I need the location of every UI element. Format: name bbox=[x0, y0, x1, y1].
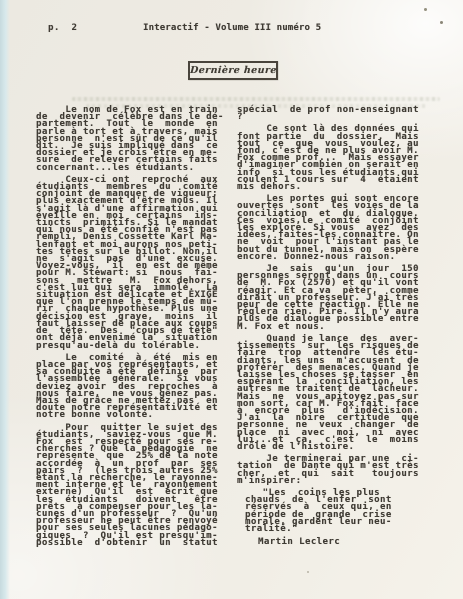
bleedthrough-smudge bbox=[72, 97, 440, 101]
scanned-page: p. 2 Interactif - Volume III numéro 5 De… bbox=[0, 0, 463, 599]
article-paragraph: Je terminerai par une ci- tation de Dant… bbox=[237, 456, 441, 485]
article-paragraph: Le comité à été mis en place par vos rep… bbox=[36, 355, 234, 420]
article-paragraph: Le nom de Fox est en train de devenir cé… bbox=[36, 107, 234, 172]
dante-quote: "Les coins les plus chauds de l'enfer so… bbox=[237, 490, 441, 533]
left-column: Le nom de Fox est en train de devenir cé… bbox=[36, 107, 234, 552]
page-title: Interactif - Volume III numéro 5 bbox=[143, 23, 321, 33]
article-paragraph: spécial de prof non-enseignant ? bbox=[237, 107, 441, 121]
article-paragraph: Ce sont là des données qui font partie d… bbox=[237, 126, 441, 191]
noise-speck bbox=[440, 21, 443, 24]
article-paragraph: Les portes qui sont encore ouvertes sont… bbox=[237, 196, 441, 261]
article-paragraph: Pour quitter le sujet des étudiants, sav… bbox=[36, 425, 234, 547]
article-paragraph: Ceux-ci ont reproché aux étudiants membr… bbox=[36, 177, 234, 350]
noise-speck bbox=[424, 8, 427, 11]
noise-speck bbox=[307, 571, 309, 573]
right-column: spécial de prof non-enseignant ? Ce sont… bbox=[237, 107, 441, 546]
banner-label: Dernière heure bbox=[189, 65, 276, 76]
signature: Martin Leclerc bbox=[237, 539, 441, 546]
page-number-label: p. 2 bbox=[48, 23, 77, 33]
article-paragraph: Je sais qu'un jour 150 personnes seront … bbox=[237, 266, 441, 331]
derniere-heure-banner: Dernière heure bbox=[188, 61, 278, 80]
page-edge-shadow bbox=[0, 0, 10, 599]
article-paragraph: Quand je lance des aver- tissements sur … bbox=[237, 336, 441, 451]
